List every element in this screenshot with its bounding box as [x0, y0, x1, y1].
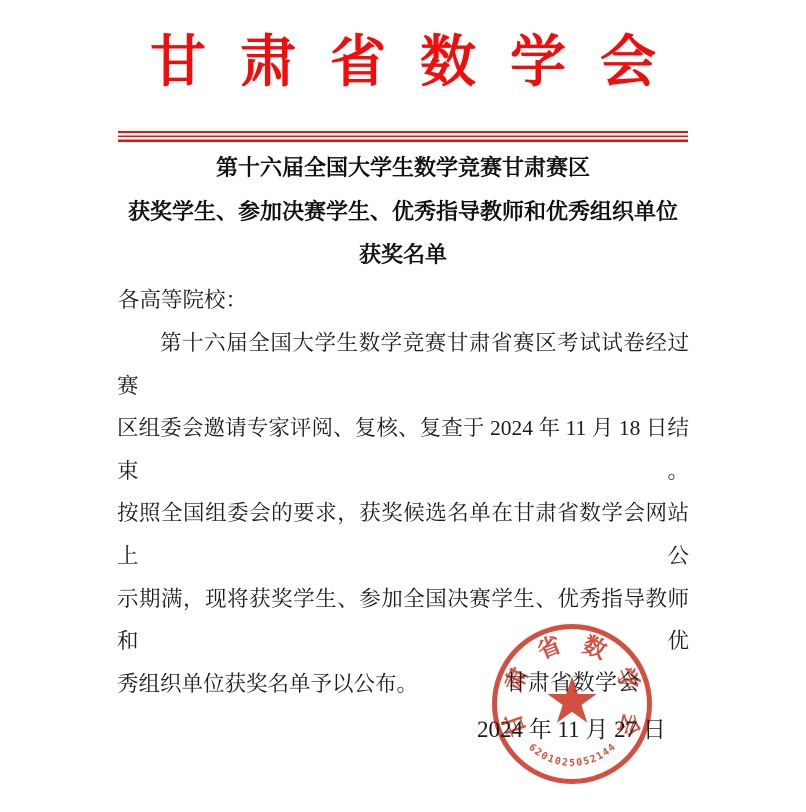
- document-title: 第十六届全国大学生数学竞赛甘肃赛区 获奖学生、参加决赛学生、优秀指导教师和优秀组…: [117, 146, 689, 277]
- letterhead-org-name: 甘肃省数学会: [0, 30, 806, 96]
- official-seal: ★ 甘 肃 省 数 学 会 6 2 0 1 0 2 5 0 5 2 1 4 4: [492, 624, 652, 784]
- body-paragraph-line: 区组委会邀请专家评阅、复核、复查于 2024 年 11 月 18 日结束。: [117, 407, 689, 492]
- body-paragraph-line: 按照全国组委会的要求，获奖候选名单在甘肃省数学会网站上公: [117, 492, 689, 577]
- salutation: 各高等院校：: [118, 286, 690, 314]
- document-page: 甘肃省数学会 第十六届全国大学生数学竞赛甘肃赛区 获奖学生、参加决赛学生、优秀指…: [0, 0, 806, 812]
- signature-org-name: 甘肃省数学会: [505, 666, 640, 697]
- body-paragraph-line: 第十六届全国大学生数学竞赛甘肃省赛区考试试卷经过赛: [117, 322, 689, 407]
- document-title-line-2: 获奖学生、参加决赛学生、优秀指导教师和优秀组织单位: [117, 190, 689, 234]
- document-title-line-1: 第十六届全国大学生数学竞赛甘肃赛区: [117, 146, 689, 190]
- letterhead-divider-rule: [118, 131, 688, 142]
- signature-date: 2024 年 11 月 27 日: [477, 711, 666, 744]
- document-title-line-3: 获奖名单: [117, 233, 689, 277]
